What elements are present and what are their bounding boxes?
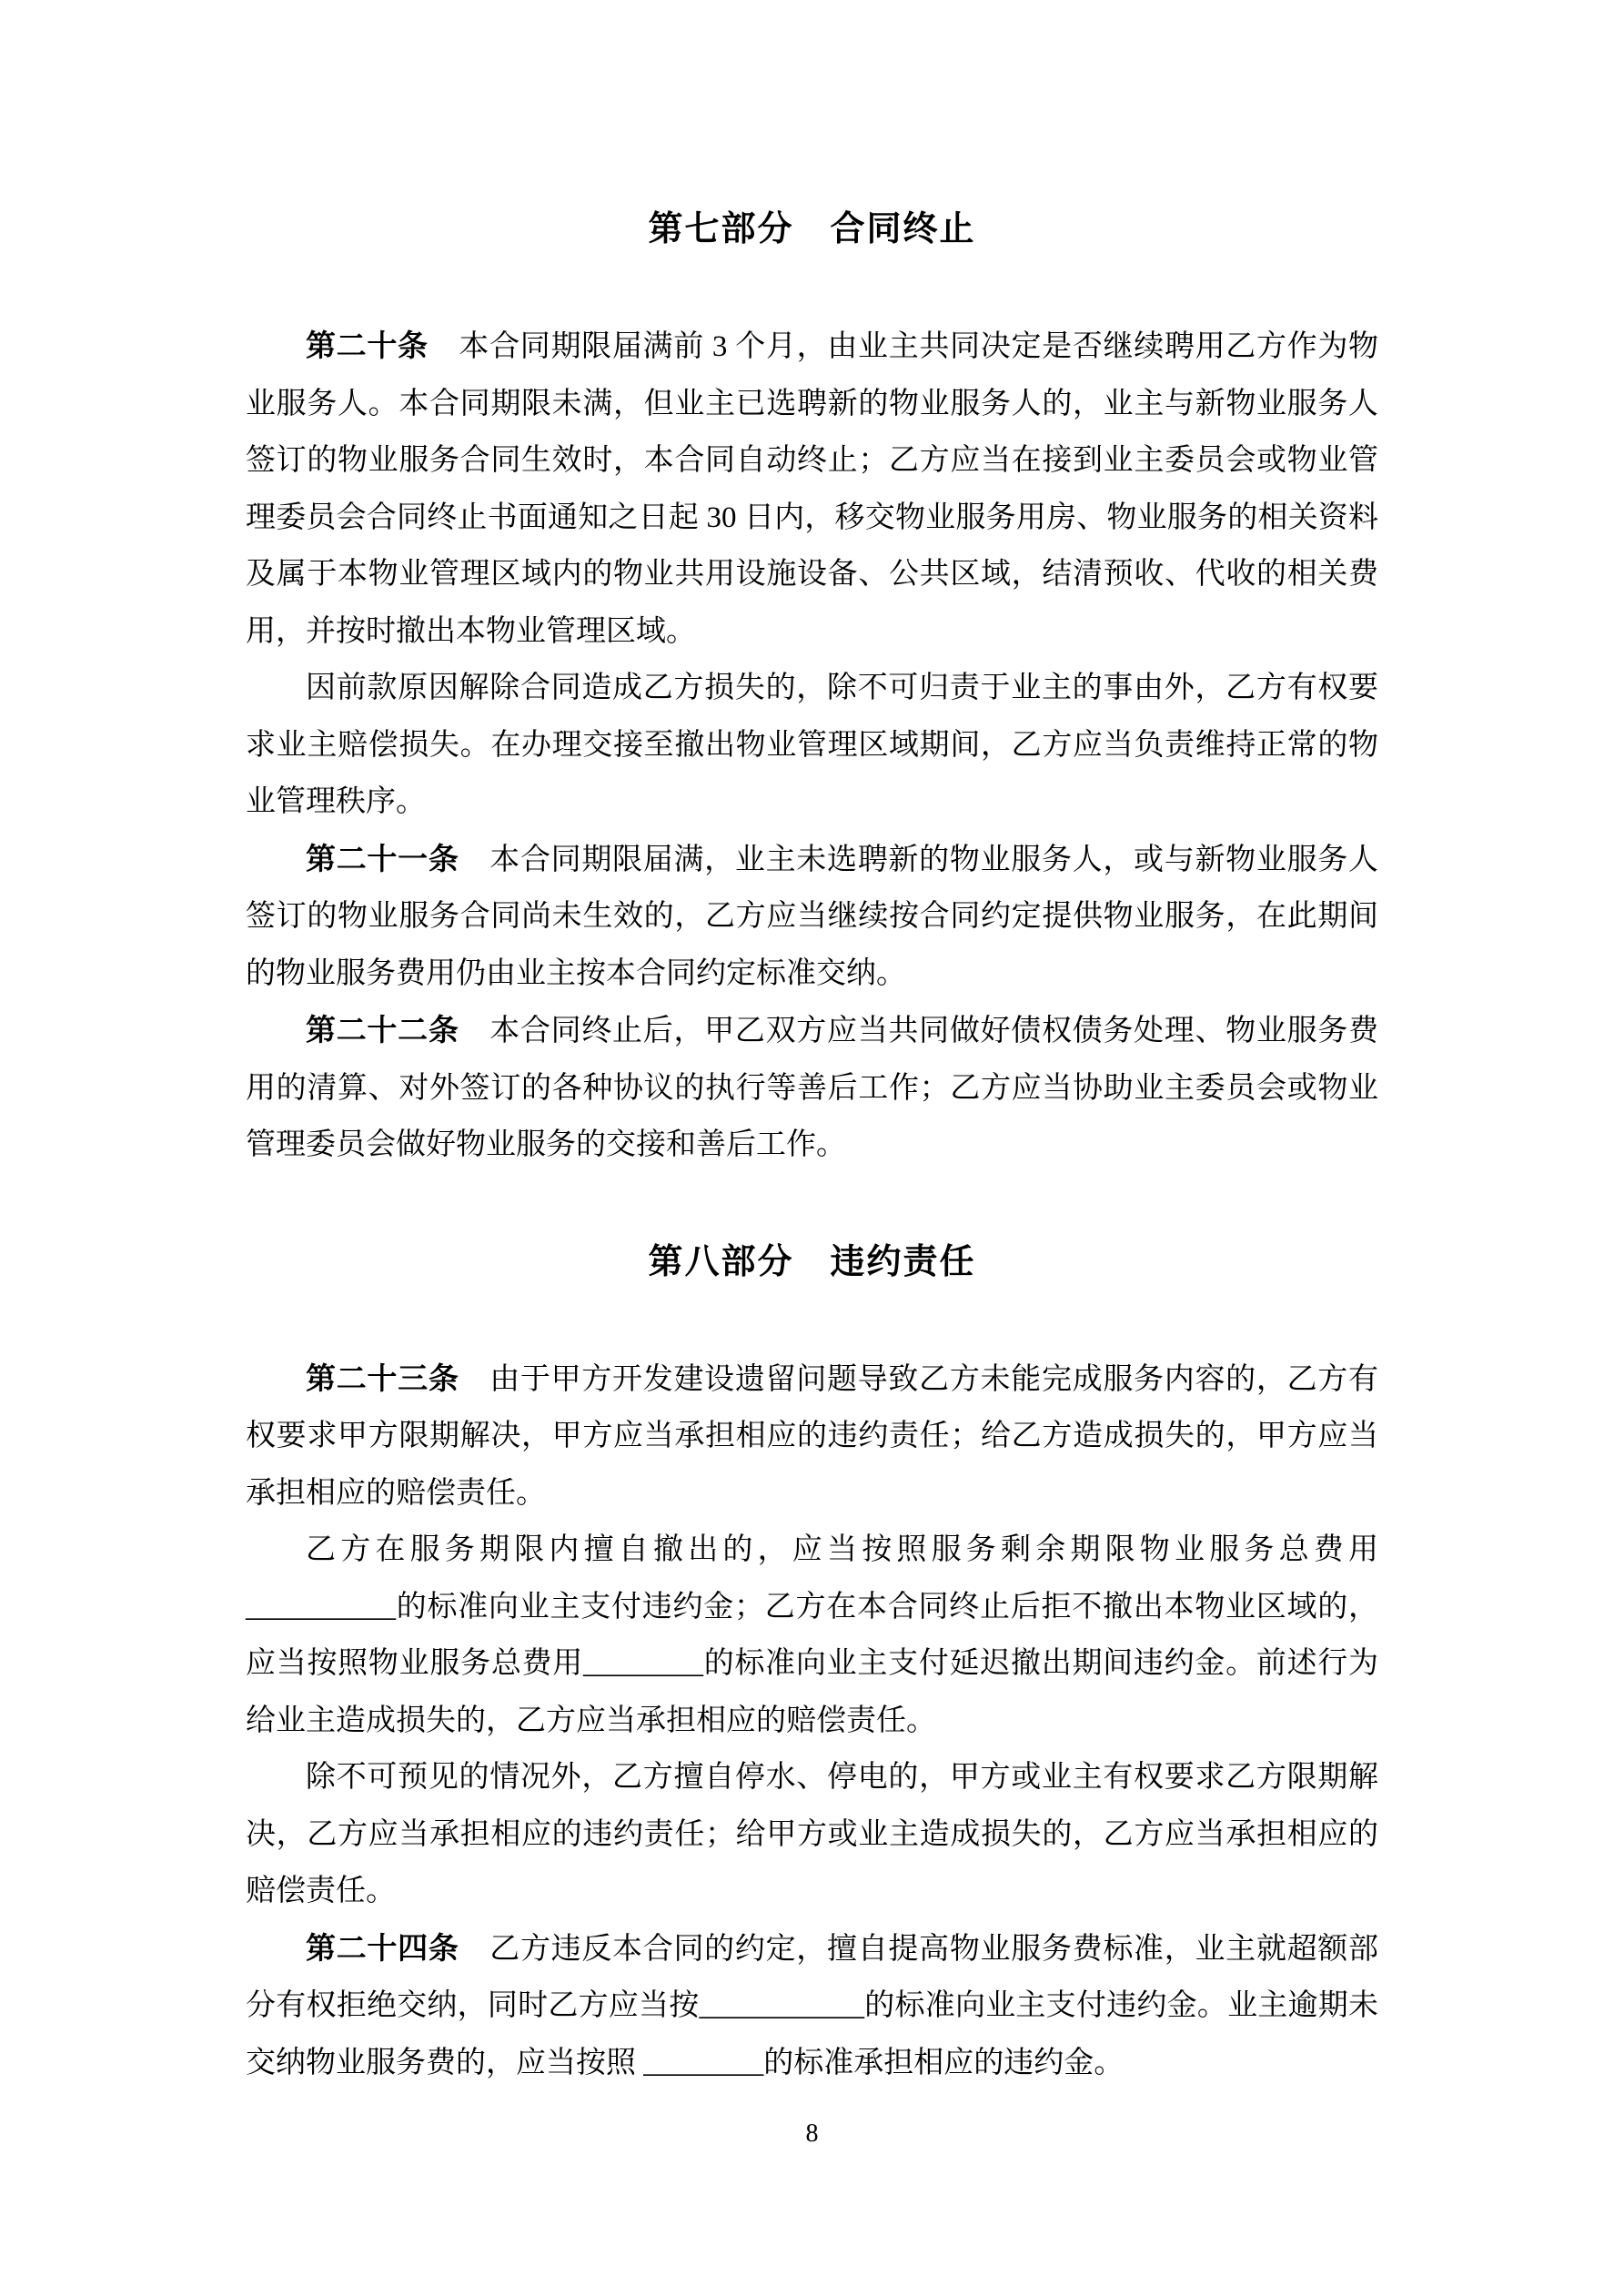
clause-23-withdrawal-text: 乙方在服务期限内擅自撤出的，应当按照服务剩余期限物业服务总费用_________… xyxy=(246,1533,1378,1737)
clause-21-number: 第二十一条 xyxy=(306,842,459,875)
clause-24-number: 第二十四条 xyxy=(306,1931,459,1965)
clause-20-text: 本合同期限届满前 3 个月，由业主共同决定是否继续聘用乙方作为物业服务人。本合同… xyxy=(246,330,1378,648)
clause-23-subparagraph-utilities: 除不可预见的情况外，乙方擅自停水、停电的，甲方或业主有权要求乙方限期解决，乙方应… xyxy=(246,1749,1378,1920)
clause-23-number: 第二十三条 xyxy=(306,1361,459,1395)
clause-23-utilities-text: 除不可预见的情况外，乙方擅自停水、停电的，甲方或业主有权要求乙方限期解决，乙方应… xyxy=(246,1761,1378,1907)
clause-23-subparagraph-withdrawal: 乙方在服务期限内擅自撤出的，应当按照服务剩余期限物业服务总费用_________… xyxy=(246,1522,1378,1749)
clause-21-paragraph: 第二十一条 本合同期限届满，业主未选聘新的物业服务人，或与新物业服务人签订的物业… xyxy=(246,831,1378,1003)
clause-20-paragraph: 第二十条 本合同期限届满前 3 个月，由业主共同决定是否继续聘用乙方作为物业服务… xyxy=(246,318,1378,660)
section-title-part8: 第八部分 违约责任 xyxy=(246,1234,1378,1290)
clause-22-number: 第二十二条 xyxy=(306,1013,459,1047)
clause-24-paragraph: 第二十四条 乙方违反本合同的约定，擅自提高物业服务费标准，业主就超额部分有权拒绝… xyxy=(246,1920,1378,2092)
document-page: 第七部分 合同终止 第二十条 本合同期限届满前 3 个月，由业主共同决定是否继续… xyxy=(0,0,1624,2296)
clause-23-paragraph: 第二十三条 由于甲方开发建设遗留问题导致乙方未能完成服务内容的，乙方有权要求甲方… xyxy=(246,1350,1378,1522)
section-title-part7: 第七部分 合同终止 xyxy=(246,201,1378,258)
page-number: 8 xyxy=(0,2116,1624,2152)
clause-20-sub-text: 因前款原因解除合同造成乙方损失的，除不可归责于业主的事由外，乙方有权要求业主赔偿… xyxy=(246,672,1378,818)
clause-20-subparagraph: 因前款原因解除合同造成乙方损失的，除不可归责于业主的事由外，乙方有权要求业主赔偿… xyxy=(246,660,1378,831)
clause-22-paragraph: 第二十二条 本合同终止后，甲乙双方应当共同做好债权债务处理、物业服务费用的清算、… xyxy=(246,1002,1378,1174)
clause-20-number: 第二十条 xyxy=(306,329,429,362)
